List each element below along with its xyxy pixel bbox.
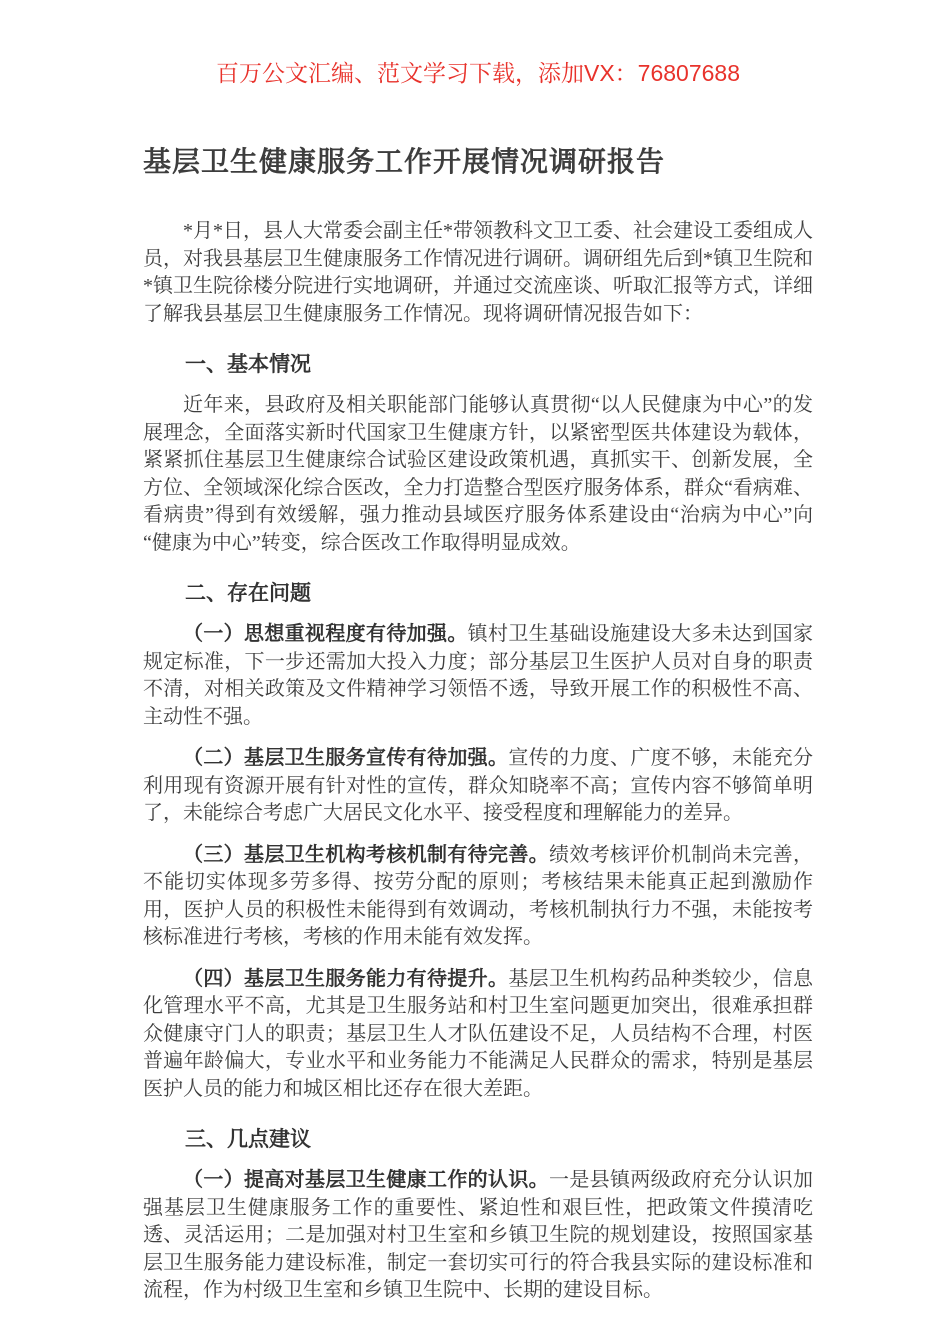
paragraph-problem-4: （四）基层卫生服务能力有待提升。基层卫生机构药品种类较少，信息化管理水平不高，尤…	[143, 966, 813, 1104]
section-heading-suggestions: 三、几点建议	[143, 1126, 813, 1153]
paragraph-basic-situation: 近年来，县政府及相关职能部门能够认真贯彻“以人民健康为中心”的发展理念，全面落实…	[143, 392, 813, 557]
document-page: 百万公文汇编、范文学习下载，添加VX：76807688 基层卫生健康服务工作开展…	[0, 0, 950, 1305]
document-title: 基层卫生健康服务工作开展情况调研报告	[143, 142, 813, 182]
paragraph-lead: （一）提高对基层卫生健康工作的认识。	[183, 1169, 549, 1191]
section-heading-problems: 二、存在问题	[143, 580, 813, 607]
paragraph-lead: （二）基层卫生服务宣传有待加强。	[183, 747, 508, 769]
paragraph-lead: （三）基层卫生机构考核机制有待完善。	[183, 844, 549, 866]
paragraph-lead: （一）思想重视程度有待加强。	[183, 623, 468, 645]
paragraph-suggestion-1: （一）提高对基层卫生健康工作的认识。一是县镇两级政府充分认识加强基层卫生健康服务…	[143, 1167, 813, 1305]
intro-paragraph: *月*日，县人大常委会副主任*带领教科文卫工委、社会建设工委组成人员，对我县基层…	[143, 218, 813, 328]
paragraph-problem-1: （一）思想重视程度有待加强。镇村卫生基础设施建设大多未达到国家规定标准，下一步还…	[143, 621, 813, 731]
paragraph-problem-3: （三）基层卫生机构考核机制有待完善。绩效考核评价机制尚未完善，不能切实体现多劳多…	[143, 842, 813, 952]
paragraph-lead: （四）基层卫生服务能力有待提升。	[183, 968, 508, 990]
section-heading-basic-situation: 一、基本情况	[143, 351, 813, 378]
paragraph-problem-2: （二）基层卫生服务宣传有待加强。宣传的力度、广度不够，未能充分利用现有资源开展有…	[143, 745, 813, 828]
promo-banner: 百万公文汇编、范文学习下载，添加VX：76807688	[143, 58, 813, 88]
